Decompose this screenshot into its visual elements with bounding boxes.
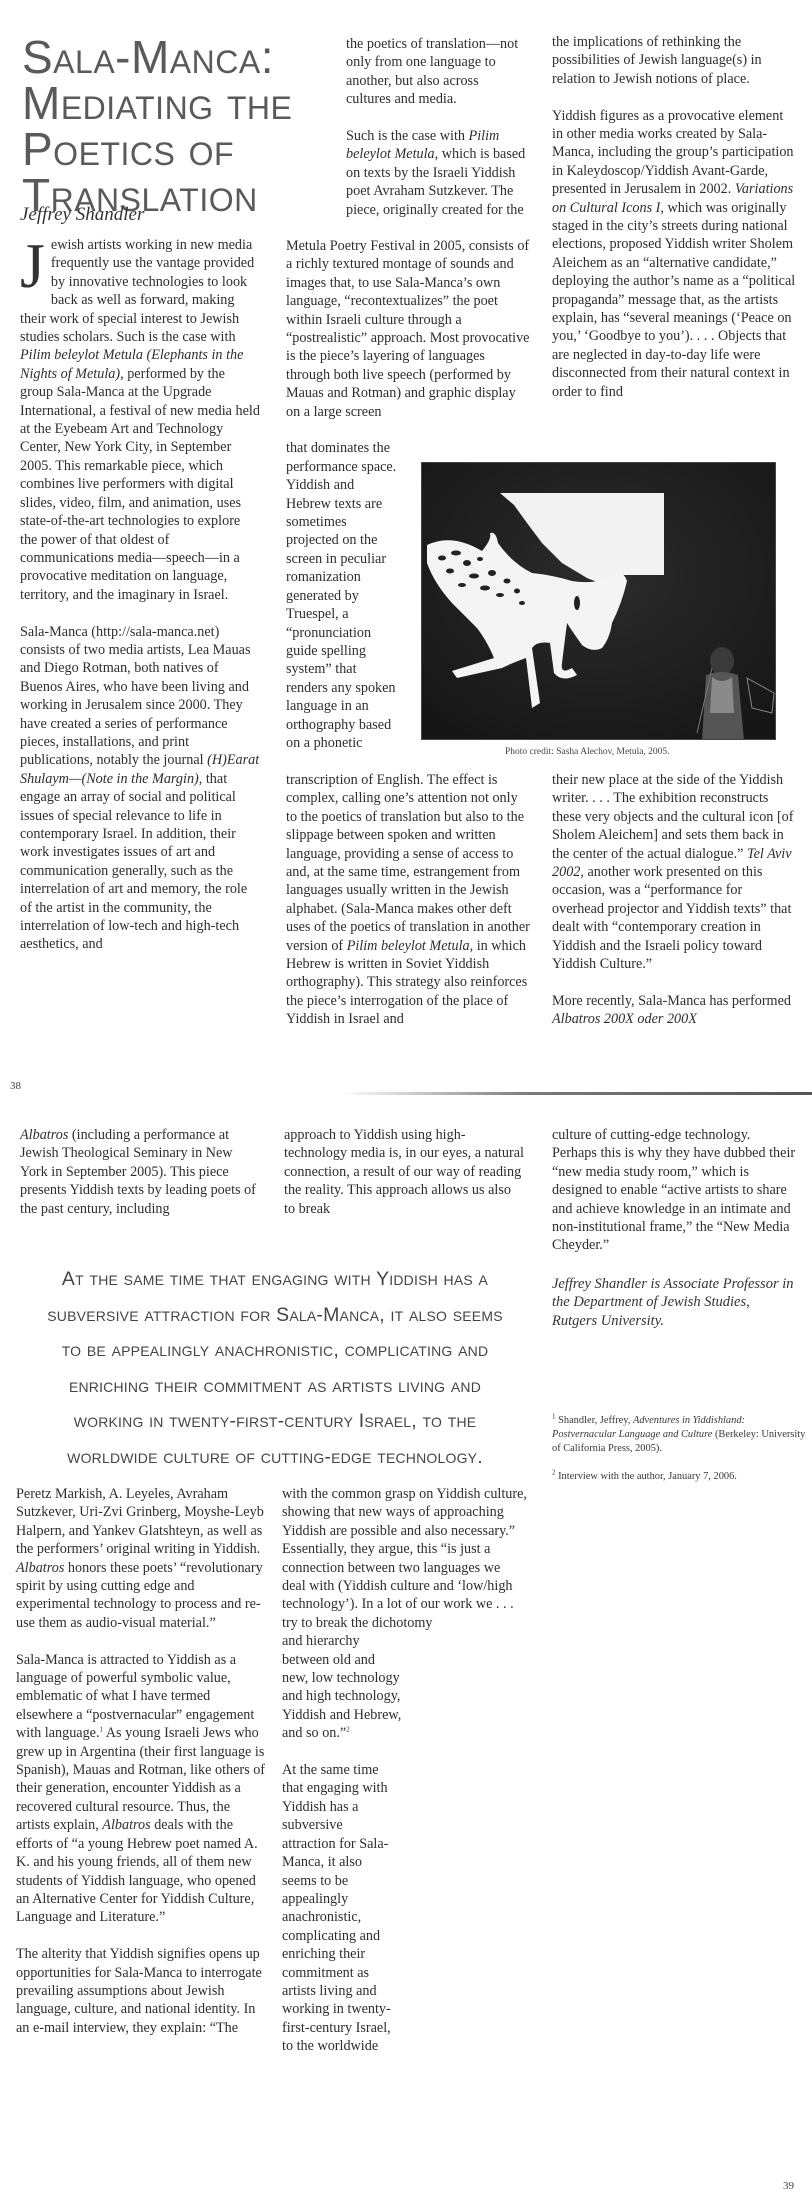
footnote-ref: 2 xyxy=(346,1726,350,1734)
paragraph-continued: approach to Yiddish using high-technolog… xyxy=(284,1126,524,1218)
article-title: Sala-Manca: Mediating the Poetics of Tra… xyxy=(22,34,322,218)
title-line-1: Sala-Manca: xyxy=(22,34,322,80)
paragraph: The alterity that Yiddish signifies open… xyxy=(16,1945,266,2037)
paragraph: Such is the case with Pilim beleylot Met… xyxy=(346,127,526,237)
page-number-39: 39 xyxy=(783,2180,794,2192)
paragraph-continued: Albatros (including a performance at Jew… xyxy=(20,1126,260,1218)
drop-cap: J xyxy=(20,240,45,292)
page38-column-3: the implications of rethinking the possi… xyxy=(552,33,797,401)
paragraph: Sala-Manca is attracted to Yiddish as a … xyxy=(16,1651,266,1927)
paragraph: Sala-Manca (http://sala-manca.net) consi… xyxy=(20,623,260,954)
paragraph-continued-narrow: and hierarchy between old and new, low t… xyxy=(282,1632,402,1742)
performance-photo xyxy=(421,462,776,740)
pull-quote-line: At the same time that engaging with Yidd… xyxy=(20,1262,530,1298)
wrapped-text-beside-photo: that dominates the performance space. Yi… xyxy=(286,439,401,752)
paragraph-continued: Peretz Markish, A. Leyeles, Avraham Sutz… xyxy=(16,1485,266,1632)
footnotes: 1 Shandler, Jeffrey, Adventures in Yiddi… xyxy=(552,1414,807,1498)
pull-quote-line: to be appealingly anachronistic, complic… xyxy=(20,1333,530,1369)
page39-column-3: culture of cutting-edge technology. Perh… xyxy=(552,1126,797,1330)
elephant-projection-image xyxy=(422,463,776,740)
page38-column-1: Jewish artists working in new media freq… xyxy=(20,236,260,954)
paragraph: the poetics of translation—not only from… xyxy=(346,35,526,109)
author-bio: Jeffrey Shandler is Associate Professor … xyxy=(552,1275,797,1330)
footnote-1: 1 Shandler, Jeffrey, Adventures in Yiddi… xyxy=(552,1414,807,1456)
paragraph: At the same time that engaging with Yidd… xyxy=(282,1761,394,2056)
pull-quote-line: subversive attraction for Sala-Manca, it… xyxy=(20,1298,530,1334)
page38-column-3-bottom: their new place at the side of the Yiddi… xyxy=(552,771,797,1029)
paragraph-continued: transcription of English. The effect is … xyxy=(286,771,531,1029)
page39-column-2-bottom: with the common grasp on Yiddish culture… xyxy=(282,1485,527,2056)
pull-quote-line: worldwide culture of cutting-edge techno… xyxy=(20,1440,530,1476)
paragraph-continued: their new place at the side of the Yiddi… xyxy=(552,771,797,973)
paragraph: Yiddish figures as a provocative element… xyxy=(552,107,797,402)
photo-caption: Photo credit: Sasha Alechov, Metula, 200… xyxy=(505,747,670,757)
page38-column-2-para2-start: Such is the case with Pilim beleylot Met… xyxy=(346,127,526,237)
page38-column-2-bottom: transcription of English. The effect is … xyxy=(286,771,531,1029)
paragraph: the implications of rethinking the possi… xyxy=(552,33,797,88)
paragraph-continued: culture of cutting-edge technology. Perh… xyxy=(552,1126,797,1255)
pull-quote: At the same time that engaging with Yidd… xyxy=(20,1262,530,1475)
pull-quote-line: enriching their commitment as artists li… xyxy=(20,1369,530,1405)
title-line-3: Poetics of xyxy=(22,126,322,172)
page39-column-2-top: approach to Yiddish using high-technolog… xyxy=(284,1126,524,1218)
title-line-2: Mediating the xyxy=(22,80,322,126)
paragraph-continued: Metula Poetry Festival in 2005, consists… xyxy=(286,237,531,421)
page39-column-1-top: Albatros (including a performance at Jew… xyxy=(20,1126,260,1218)
page-divider xyxy=(340,1092,812,1095)
page39-column-1-bottom: Peretz Markish, A. Leyeles, Avraham Sutz… xyxy=(16,1485,266,2037)
page-number-38: 38 xyxy=(10,1080,21,1092)
author-byline: Jeffrey Shandler xyxy=(20,204,144,226)
page38-column-2-top: the poetics of translation—not only from… xyxy=(346,35,526,109)
paragraph-continued: with the common grasp on Yiddish culture… xyxy=(282,1485,527,1632)
intro-paragraph: Jewish artists working in new media freq… xyxy=(20,236,260,604)
footnote-2: 2 Interview with the author, January 7, … xyxy=(552,1470,807,1484)
paragraph: More recently, Sala-Manca has performed … xyxy=(552,992,797,1029)
pull-quote-line: working in twenty-first-century Israel, … xyxy=(20,1404,530,1440)
